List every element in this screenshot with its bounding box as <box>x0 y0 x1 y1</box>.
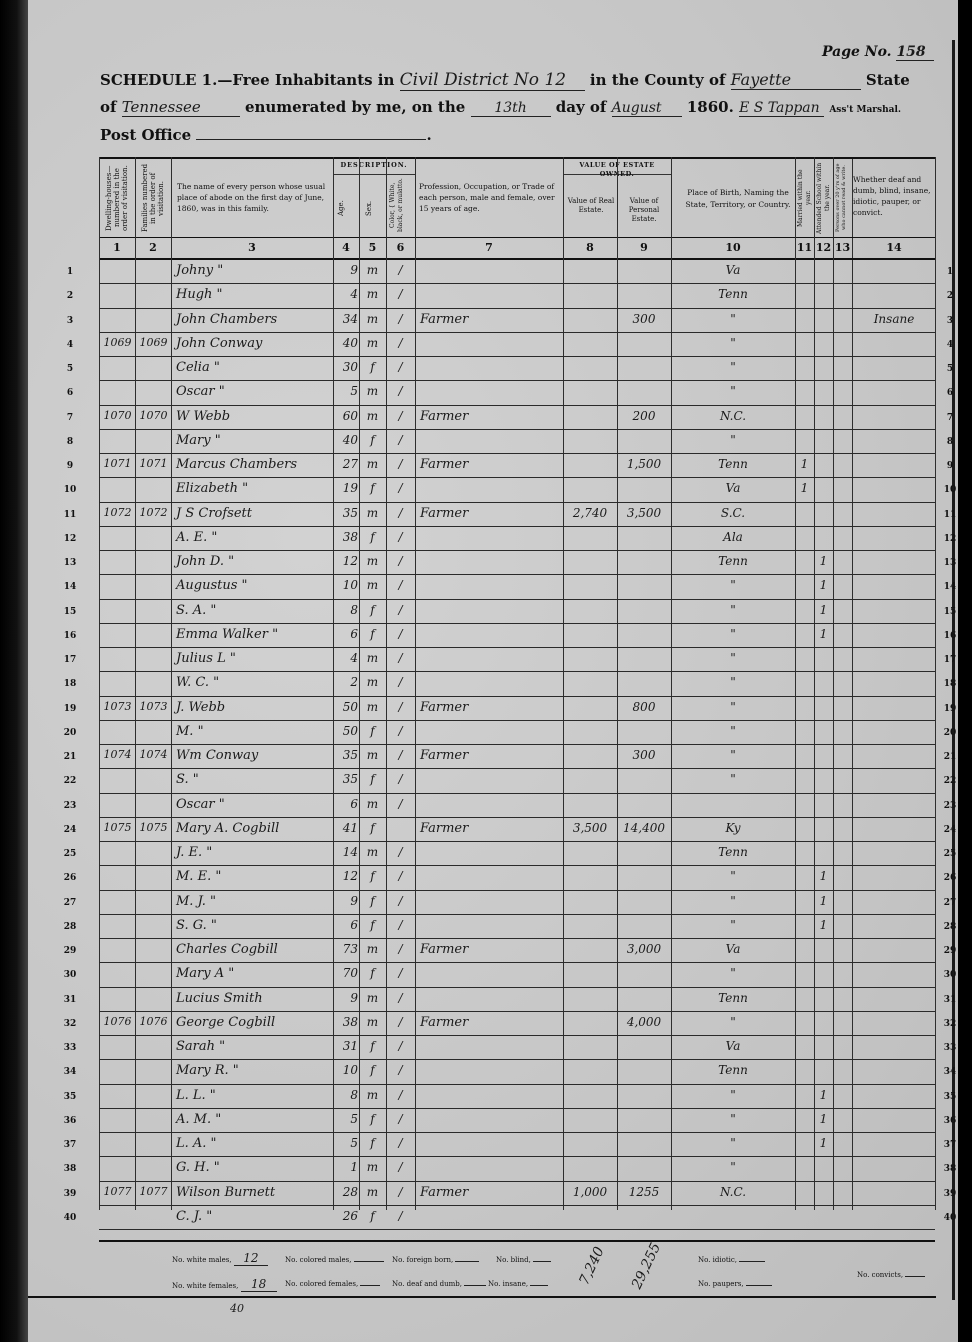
row-divider <box>99 283 935 284</box>
cell-real: 2,740 <box>564 506 616 520</box>
cell-color: / <box>387 312 414 326</box>
row-number-left: 15 <box>60 607 80 617</box>
cell-family: 1074 <box>136 748 171 761</box>
row-divider <box>99 962 935 963</box>
cell-name: Sarah " <box>176 1039 332 1054</box>
cell-occupation: Farmer <box>420 1015 560 1030</box>
row-number-left: 12 <box>60 534 80 544</box>
row-divider <box>99 429 935 430</box>
paupers-field: No. paupers, <box>698 1280 772 1288</box>
row-number-left: 4 <box>60 340 80 350</box>
colored-males-field: No. colored males, <box>285 1256 384 1264</box>
cell-color: / <box>387 797 414 811</box>
cell-dwelling: 1076 <box>100 1015 135 1028</box>
column-number: 9 <box>617 241 671 254</box>
cell-color: / <box>387 894 414 908</box>
row-number-right: 12 <box>940 534 960 544</box>
white-males-label: No. white males, <box>172 1256 232 1264</box>
row-divider <box>99 1084 935 1085</box>
row-number-left: 17 <box>60 655 80 665</box>
cell-age: 14 <box>334 845 358 859</box>
blind-field: No. blind, <box>496 1256 551 1264</box>
row-divider <box>99 865 935 866</box>
cell-age: 5 <box>334 384 358 398</box>
row-number-right: 17 <box>940 655 960 665</box>
cell-age: 35 <box>334 772 358 786</box>
cell-birth: Va <box>672 481 794 495</box>
column-header-family: Families numbered in the order of visita… <box>141 163 165 233</box>
row-number-right: 14 <box>940 582 960 592</box>
cell-color: / <box>387 627 414 641</box>
row-divider <box>99 671 935 672</box>
row-number-left: 6 <box>60 388 80 398</box>
cell-age: 8 <box>334 1088 358 1102</box>
cell-name: M. J. " <box>176 894 332 909</box>
cell-dwelling: 1071 <box>100 457 135 470</box>
cell-color: / <box>387 772 414 786</box>
cell-sex: f <box>360 1112 385 1126</box>
cell-name: Mary R. " <box>176 1063 332 1078</box>
row-number-right: 18 <box>940 679 960 689</box>
cell-sex: m <box>360 506 385 520</box>
cell-birth: " <box>672 1088 794 1102</box>
convicts-field: No. convicts, <box>857 1271 925 1279</box>
row-divider <box>99 1132 935 1133</box>
cell-birth: " <box>672 966 794 980</box>
cell-personal: 300 <box>618 748 670 762</box>
cell-family: 1071 <box>136 457 171 470</box>
row-divider <box>99 526 935 527</box>
cell-family: 1070 <box>136 409 171 422</box>
row-number-left: 36 <box>60 1116 80 1126</box>
column-divider <box>563 157 564 1210</box>
row-number-left: 39 <box>60 1189 80 1199</box>
row-number-left: 2 <box>60 291 80 301</box>
row-number-right: 27 <box>940 898 960 908</box>
cell-family: 1073 <box>136 700 171 713</box>
row-divider <box>99 550 935 551</box>
row-number-right: 4 <box>940 340 960 350</box>
cell-age: 12 <box>334 869 358 883</box>
cell-name: Emma Walker " <box>176 627 332 642</box>
cell-color: / <box>387 1039 414 1053</box>
row-divider <box>99 720 935 721</box>
cell-sex: m <box>360 1185 385 1199</box>
cell-color: / <box>387 1063 414 1077</box>
page-number: 158 <box>896 44 934 61</box>
cell-birth: " <box>672 627 794 641</box>
row-number-right: 33 <box>940 1043 960 1053</box>
cell-age: 30 <box>334 360 358 374</box>
cell-name: John Chambers <box>176 312 332 327</box>
cell-age: 50 <box>334 724 358 738</box>
column-number: 10 <box>671 241 795 254</box>
cell-dwelling: 1074 <box>100 748 135 761</box>
deaf-dumb-label: No. deaf and dumb, <box>392 1280 462 1288</box>
day-of-label: day of <box>556 98 607 116</box>
cell-sex: f <box>360 894 385 908</box>
cell-name: Hugh " <box>176 287 332 302</box>
column-number-rule <box>99 237 869 238</box>
cell-color: / <box>387 966 414 980</box>
cell-school: 1 <box>814 894 833 908</box>
cell-sex: f <box>360 966 385 980</box>
cell-condition: Insane <box>853 312 935 326</box>
cell-name: John D. " <box>176 554 332 569</box>
row-number-left: 1 <box>60 267 80 277</box>
footer-bottom-rule <box>28 1296 936 1298</box>
cell-birth: " <box>672 651 794 665</box>
row-number-right: 21 <box>940 752 960 762</box>
idiotic-field: No. idiotic, <box>698 1256 765 1264</box>
white-males-field: No. white males, 12 <box>172 1251 268 1266</box>
cell-name: Wilson Burnett <box>176 1185 332 1200</box>
column-number: 3 <box>171 241 333 254</box>
row-number-left: 10 <box>60 485 80 495</box>
row-number-left: 32 <box>60 1019 80 1029</box>
cell-color: / <box>387 263 414 277</box>
row-divider <box>99 405 935 406</box>
marshal-name: E S Tappan <box>739 100 824 117</box>
cell-birth: Ky <box>672 821 794 835</box>
cell-color: / <box>387 651 414 665</box>
row-divider <box>99 356 935 357</box>
cell-age: 41 <box>334 821 358 835</box>
cell-name: C. J. " <box>176 1209 332 1224</box>
cell-color: / <box>387 530 414 544</box>
schedule-title-line: SCHEDULE 1.—Free Inhabitants in Civil Di… <box>100 70 910 91</box>
cell-age: 8 <box>334 603 358 617</box>
cell-school: 1 <box>814 918 833 932</box>
header-bottom-rule <box>852 258 935 260</box>
column-divider <box>935 157 936 1210</box>
colored-males-label: No. colored males, <box>285 1256 351 1264</box>
cell-age: 40 <box>334 336 358 350</box>
cell-color: / <box>387 1112 414 1126</box>
cell-sex: m <box>360 384 385 398</box>
row-number-right: 36 <box>940 1116 960 1126</box>
cell-name: G. H. " <box>176 1160 332 1175</box>
column-divider <box>135 157 136 1210</box>
row-divider <box>99 502 935 503</box>
row-divider <box>99 574 935 575</box>
column-header-illiterate: Persons over 20 y'rs of age who cannot r… <box>835 161 851 235</box>
column-divider <box>833 157 834 1210</box>
white-females-count: 18 <box>241 1277 277 1292</box>
cell-sex: m <box>360 651 385 665</box>
cell-real: 1,000 <box>564 1185 616 1199</box>
header-bottom-rule <box>99 258 869 260</box>
cell-name: S. G. " <box>176 918 332 933</box>
cell-name: Johny " <box>176 263 332 278</box>
row-number-left: 35 <box>60 1092 80 1102</box>
cell-sex: f <box>360 603 385 617</box>
cell-age: 60 <box>334 409 358 423</box>
column-number: 14 <box>853 241 935 254</box>
cell-name: Marcus Chambers <box>176 457 332 472</box>
row-number-right: 24 <box>940 825 960 835</box>
cell-personal: 1,500 <box>618 457 670 471</box>
enumerated-label: enumerated by me, on the <box>245 98 465 116</box>
row-number-right: 2 <box>940 291 960 301</box>
row-divider <box>99 696 935 697</box>
cell-married: 1 <box>795 457 814 471</box>
cell-birth: " <box>672 1015 794 1029</box>
cell-sex: f <box>360 481 385 495</box>
cell-school: 1 <box>814 1136 833 1150</box>
cell-name: S. " <box>176 772 332 787</box>
cell-sex: m <box>360 287 385 301</box>
cell-name: Celia " <box>176 360 332 375</box>
cell-color: / <box>387 1185 414 1199</box>
column-number: 8 <box>563 241 617 254</box>
cell-sex: f <box>360 869 385 883</box>
cell-family: 1075 <box>136 821 171 834</box>
row-number-left: 26 <box>60 873 80 883</box>
row-number-left: 25 <box>60 849 80 859</box>
row-number-right: 11 <box>940 510 960 520</box>
row-divider <box>99 1229 935 1230</box>
cell-birth: S.C. <box>672 506 794 520</box>
row-number-right: 8 <box>940 437 960 447</box>
cell-birth: Va <box>672 1039 794 1053</box>
row-number-right: 25 <box>940 849 960 859</box>
column-header-personal-estate: Value of Personal Estate. <box>619 197 669 224</box>
cell-birth: N.C. <box>672 409 794 423</box>
row-number-right: 10 <box>940 485 960 495</box>
scan-right-edge <box>952 40 955 1300</box>
cell-birth: Tenn <box>672 991 794 1005</box>
row-divider <box>99 477 935 478</box>
cell-family: 1076 <box>136 1015 171 1028</box>
cell-color: / <box>387 724 414 738</box>
cell-personal: 800 <box>618 700 670 714</box>
cell-color: / <box>387 603 414 617</box>
cell-name: Augustus " <box>176 578 332 593</box>
of-label: of <box>100 98 116 116</box>
cell-name: J S Crofsett <box>176 506 332 521</box>
row-number-left: 23 <box>60 801 80 811</box>
row-number-left: 27 <box>60 898 80 908</box>
row-number-left: 33 <box>60 1043 80 1053</box>
cell-birth: " <box>672 1160 794 1174</box>
row-number-right: 30 <box>940 970 960 980</box>
cell-age: 19 <box>334 481 358 495</box>
row-number-right: 39 <box>940 1189 960 1199</box>
cell-sex: f <box>360 1063 385 1077</box>
column-divider <box>171 157 172 1210</box>
cell-sex: m <box>360 845 385 859</box>
cell-school: 1 <box>814 554 833 568</box>
row-number-right: 22 <box>940 776 960 786</box>
row-number-left: 5 <box>60 364 80 374</box>
cell-married: 1 <box>795 481 814 495</box>
cell-sex: f <box>360 821 385 835</box>
column-header-name: The name of every person whose usual pla… <box>177 181 327 214</box>
cell-sex: m <box>360 700 385 714</box>
cell-name: J. E. " <box>176 845 332 860</box>
cell-school: 1 <box>814 627 833 641</box>
cell-age: 9 <box>334 991 358 1005</box>
column-number: 2 <box>135 241 171 254</box>
cell-school: 1 <box>814 1088 833 1102</box>
cell-age: 5 <box>334 1136 358 1150</box>
cell-age: 9 <box>334 894 358 908</box>
cell-birth: Va <box>672 942 794 956</box>
page-label: Page No. <box>822 44 892 60</box>
cell-age: 2 <box>334 675 358 689</box>
county-name: Fayette <box>731 70 861 90</box>
cell-name: J. Webb <box>176 700 332 715</box>
cell-age: 28 <box>334 1185 358 1199</box>
row-divider <box>99 744 935 745</box>
cell-color: / <box>387 869 414 883</box>
cell-age: 6 <box>334 627 358 641</box>
row-divider <box>99 914 935 915</box>
row-number-left: 9 <box>60 461 80 471</box>
row-divider <box>99 332 935 333</box>
cell-age: 35 <box>334 506 358 520</box>
white-females-label: No. white females, <box>172 1282 238 1290</box>
cell-age: 5 <box>334 1112 358 1126</box>
cell-sex: m <box>360 1015 385 1029</box>
cell-sex: m <box>360 312 385 326</box>
cell-age: 6 <box>334 918 358 932</box>
cell-name: Lucius Smith <box>176 991 332 1006</box>
row-number-right: 5 <box>940 364 960 374</box>
row-number-right: 1 <box>940 267 960 277</box>
cell-dwelling: 1077 <box>100 1185 135 1198</box>
column-number: 1 <box>99 241 135 254</box>
column-header-married: Married within the year. <box>797 161 813 235</box>
cell-occupation: Farmer <box>420 1185 560 1200</box>
white-females-field: No. white females, 18 <box>172 1277 277 1292</box>
cell-dwelling: 1075 <box>100 821 135 834</box>
cell-school: 1 <box>814 603 833 617</box>
idiotic-label: No. idiotic, <box>698 1256 737 1264</box>
cell-name: Mary " <box>176 433 332 448</box>
row-number-left: 31 <box>60 995 80 1005</box>
row-number-left: 30 <box>60 970 80 980</box>
marshal-label: Ass't Marshal. <box>829 105 901 115</box>
row-divider <box>99 793 935 794</box>
cell-age: 9 <box>334 263 358 277</box>
row-divider <box>99 841 935 842</box>
cell-color: / <box>387 1088 414 1102</box>
state-name: Tennessee <box>122 98 240 117</box>
cell-color: / <box>387 336 414 350</box>
cell-personal: 14,400 <box>618 821 670 835</box>
cell-birth: Tenn <box>672 457 794 471</box>
cell-name: A. M. " <box>176 1112 332 1127</box>
column-divider <box>795 157 796 1210</box>
cell-sex: m <box>360 942 385 956</box>
cell-birth: " <box>672 869 794 883</box>
cell-occupation: Farmer <box>420 942 560 957</box>
cell-birth: Tenn <box>672 845 794 859</box>
row-number-right: 28 <box>940 922 960 932</box>
cell-birth: N.C. <box>672 1185 794 1199</box>
cell-name: Mary A " <box>176 966 332 981</box>
column-number: 7 <box>415 241 563 254</box>
cell-sex: f <box>360 772 385 786</box>
row-divider <box>99 1108 935 1109</box>
colored-females-field: No. colored females, <box>285 1280 380 1288</box>
cell-color: / <box>387 700 414 714</box>
cell-color: / <box>387 457 414 471</box>
cell-age: 38 <box>334 1015 358 1029</box>
cell-dwelling: 1069 <box>100 336 135 349</box>
cell-occupation: Farmer <box>420 312 560 327</box>
post-office-value <box>196 139 426 140</box>
cell-name: L. L. " <box>176 1088 332 1103</box>
column-number: 5 <box>359 241 386 254</box>
table-top-rule <box>852 157 935 159</box>
row-divider <box>99 987 935 988</box>
cell-occupation: Farmer <box>420 409 560 424</box>
row-number-right: 3 <box>940 316 960 326</box>
cell-birth: " <box>672 700 794 714</box>
column-divider <box>99 157 100 1210</box>
cell-color: / <box>387 287 414 301</box>
cell-age: 31 <box>334 1039 358 1053</box>
cell-color: / <box>387 506 414 520</box>
cell-personal: 300 <box>618 312 670 326</box>
enumeration-line: of Tennessee enumerated by me, on the 13… <box>100 98 901 117</box>
cell-color: / <box>387 1160 414 1174</box>
cell-age: 40 <box>334 433 358 447</box>
cell-sex: m <box>360 675 385 689</box>
cell-birth: " <box>672 748 794 762</box>
cell-name: L. A. " <box>176 1136 332 1151</box>
cell-dwelling: 1073 <box>100 700 135 713</box>
row-divider <box>99 890 935 891</box>
cell-age: 1 <box>334 1160 358 1174</box>
row-divider <box>99 623 935 624</box>
cell-birth: " <box>672 384 794 398</box>
row-number-left: 24 <box>60 825 80 835</box>
row-divider <box>99 599 935 600</box>
row-number-right: 19 <box>940 704 960 714</box>
row-number-left: 22 <box>60 776 80 786</box>
cell-birth: " <box>672 772 794 786</box>
state-label: State <box>866 71 910 89</box>
row-number-right: 15 <box>940 607 960 617</box>
civil-district: Civil District No 12 <box>400 70 585 91</box>
row-number-left: 40 <box>60 1213 80 1223</box>
column-number: 4 <box>333 241 359 254</box>
cell-age: 26 <box>334 1209 358 1223</box>
cell-sex: m <box>360 263 385 277</box>
row-divider <box>99 1181 935 1182</box>
enumeration-month: August <box>612 100 682 117</box>
cell-sex: f <box>360 1136 385 1150</box>
row-number-right: 37 <box>940 1140 960 1150</box>
row-number-left: 3 <box>60 316 80 326</box>
row-number-left: 34 <box>60 1067 80 1077</box>
cell-age: 70 <box>334 966 358 980</box>
cell-age: 50 <box>334 700 358 714</box>
cell-dwelling: 1072 <box>100 506 135 519</box>
row-number-right: 13 <box>940 558 960 568</box>
cell-occupation: Farmer <box>420 457 560 472</box>
row-number-left: 8 <box>60 437 80 447</box>
cell-birth: " <box>672 603 794 617</box>
cell-birth: " <box>672 1136 794 1150</box>
cell-birth: " <box>672 894 794 908</box>
cell-color: / <box>387 845 414 859</box>
column-header-age: Age. <box>337 185 351 231</box>
